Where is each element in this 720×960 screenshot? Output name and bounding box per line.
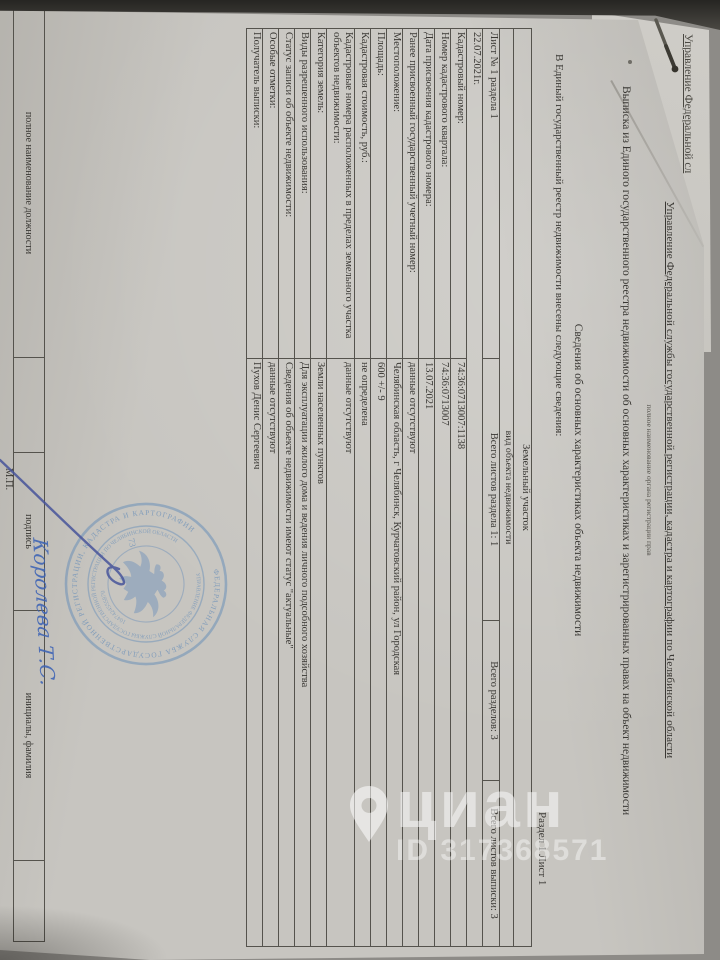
- table-row: Статус записи об объекте недвижимости: С…: [279, 29, 295, 946]
- row-label: Площадь:: [371, 29, 386, 359]
- sheet-cell: Всего разделов: 3: [483, 621, 499, 781]
- dust-speck: [628, 60, 632, 64]
- row-value: Сведения об объекте недвижимости имеют с…: [279, 359, 294, 946]
- cian-watermark: циан ID 317368571: [334, 778, 694, 878]
- row-label: Ранее присвоенный государственный учетны…: [403, 29, 418, 359]
- corner-shadow: [0, 900, 200, 960]
- map-pin-icon: [348, 784, 390, 844]
- staple-mark: [640, 8, 700, 84]
- row-label: Дата присвоения кадастрового номера:: [419, 29, 434, 359]
- row-label: Категория земель:: [311, 29, 326, 359]
- position-label: полное наименование должности: [14, 9, 44, 358]
- photo-of-egrn-document: Управление Федеральной сл Управление Фед…: [0, 0, 720, 960]
- row-label: Виды разрешенного использования:: [295, 29, 310, 359]
- pen-signature: [0, 438, 150, 638]
- row-value: Земли населенных пунктов: [311, 359, 326, 946]
- row-label: Кадастровые номера расположенных в преде…: [327, 29, 354, 359]
- row-label: Кадастровый номер:: [451, 29, 466, 359]
- table-row: Особые отметки: данные отсутствуют: [263, 29, 279, 946]
- watermark-listing-id: ID 317368571: [396, 834, 609, 868]
- row-value: Для эксплуатации жилого дома и ведения л…: [295, 359, 310, 946]
- intro-line: В Единый государственный реестр недвижим…: [553, 54, 565, 436]
- watermark-brand: циан: [396, 766, 566, 842]
- row-value: данные отсутствуют: [263, 359, 278, 946]
- table-row: Категория земель: Земли населенных пункт…: [311, 29, 327, 946]
- row-label: Получатель выписки:: [247, 29, 262, 359]
- extract-date: 22.07.2021г.: [467, 29, 482, 88]
- row-label: Особые отметки:: [263, 29, 278, 359]
- row-label: Номер кадастрового квартала:: [435, 29, 450, 359]
- row-label: Статус записи об объекте недвижимости:: [279, 29, 294, 359]
- row-label: Местоположение:: [387, 29, 402, 359]
- table-row: Получатель выписки: Пухов Денис Сергееви…: [247, 29, 263, 946]
- sheet-cell: Всего листов раздела 1: 1: [483, 359, 499, 621]
- sheet-cell: Лист № 1 раздела 1: [483, 29, 499, 359]
- row-label: Кадастровая стоимость, руб.:: [355, 29, 370, 359]
- table-row: Виды разрешенного использования: Для экс…: [295, 29, 311, 946]
